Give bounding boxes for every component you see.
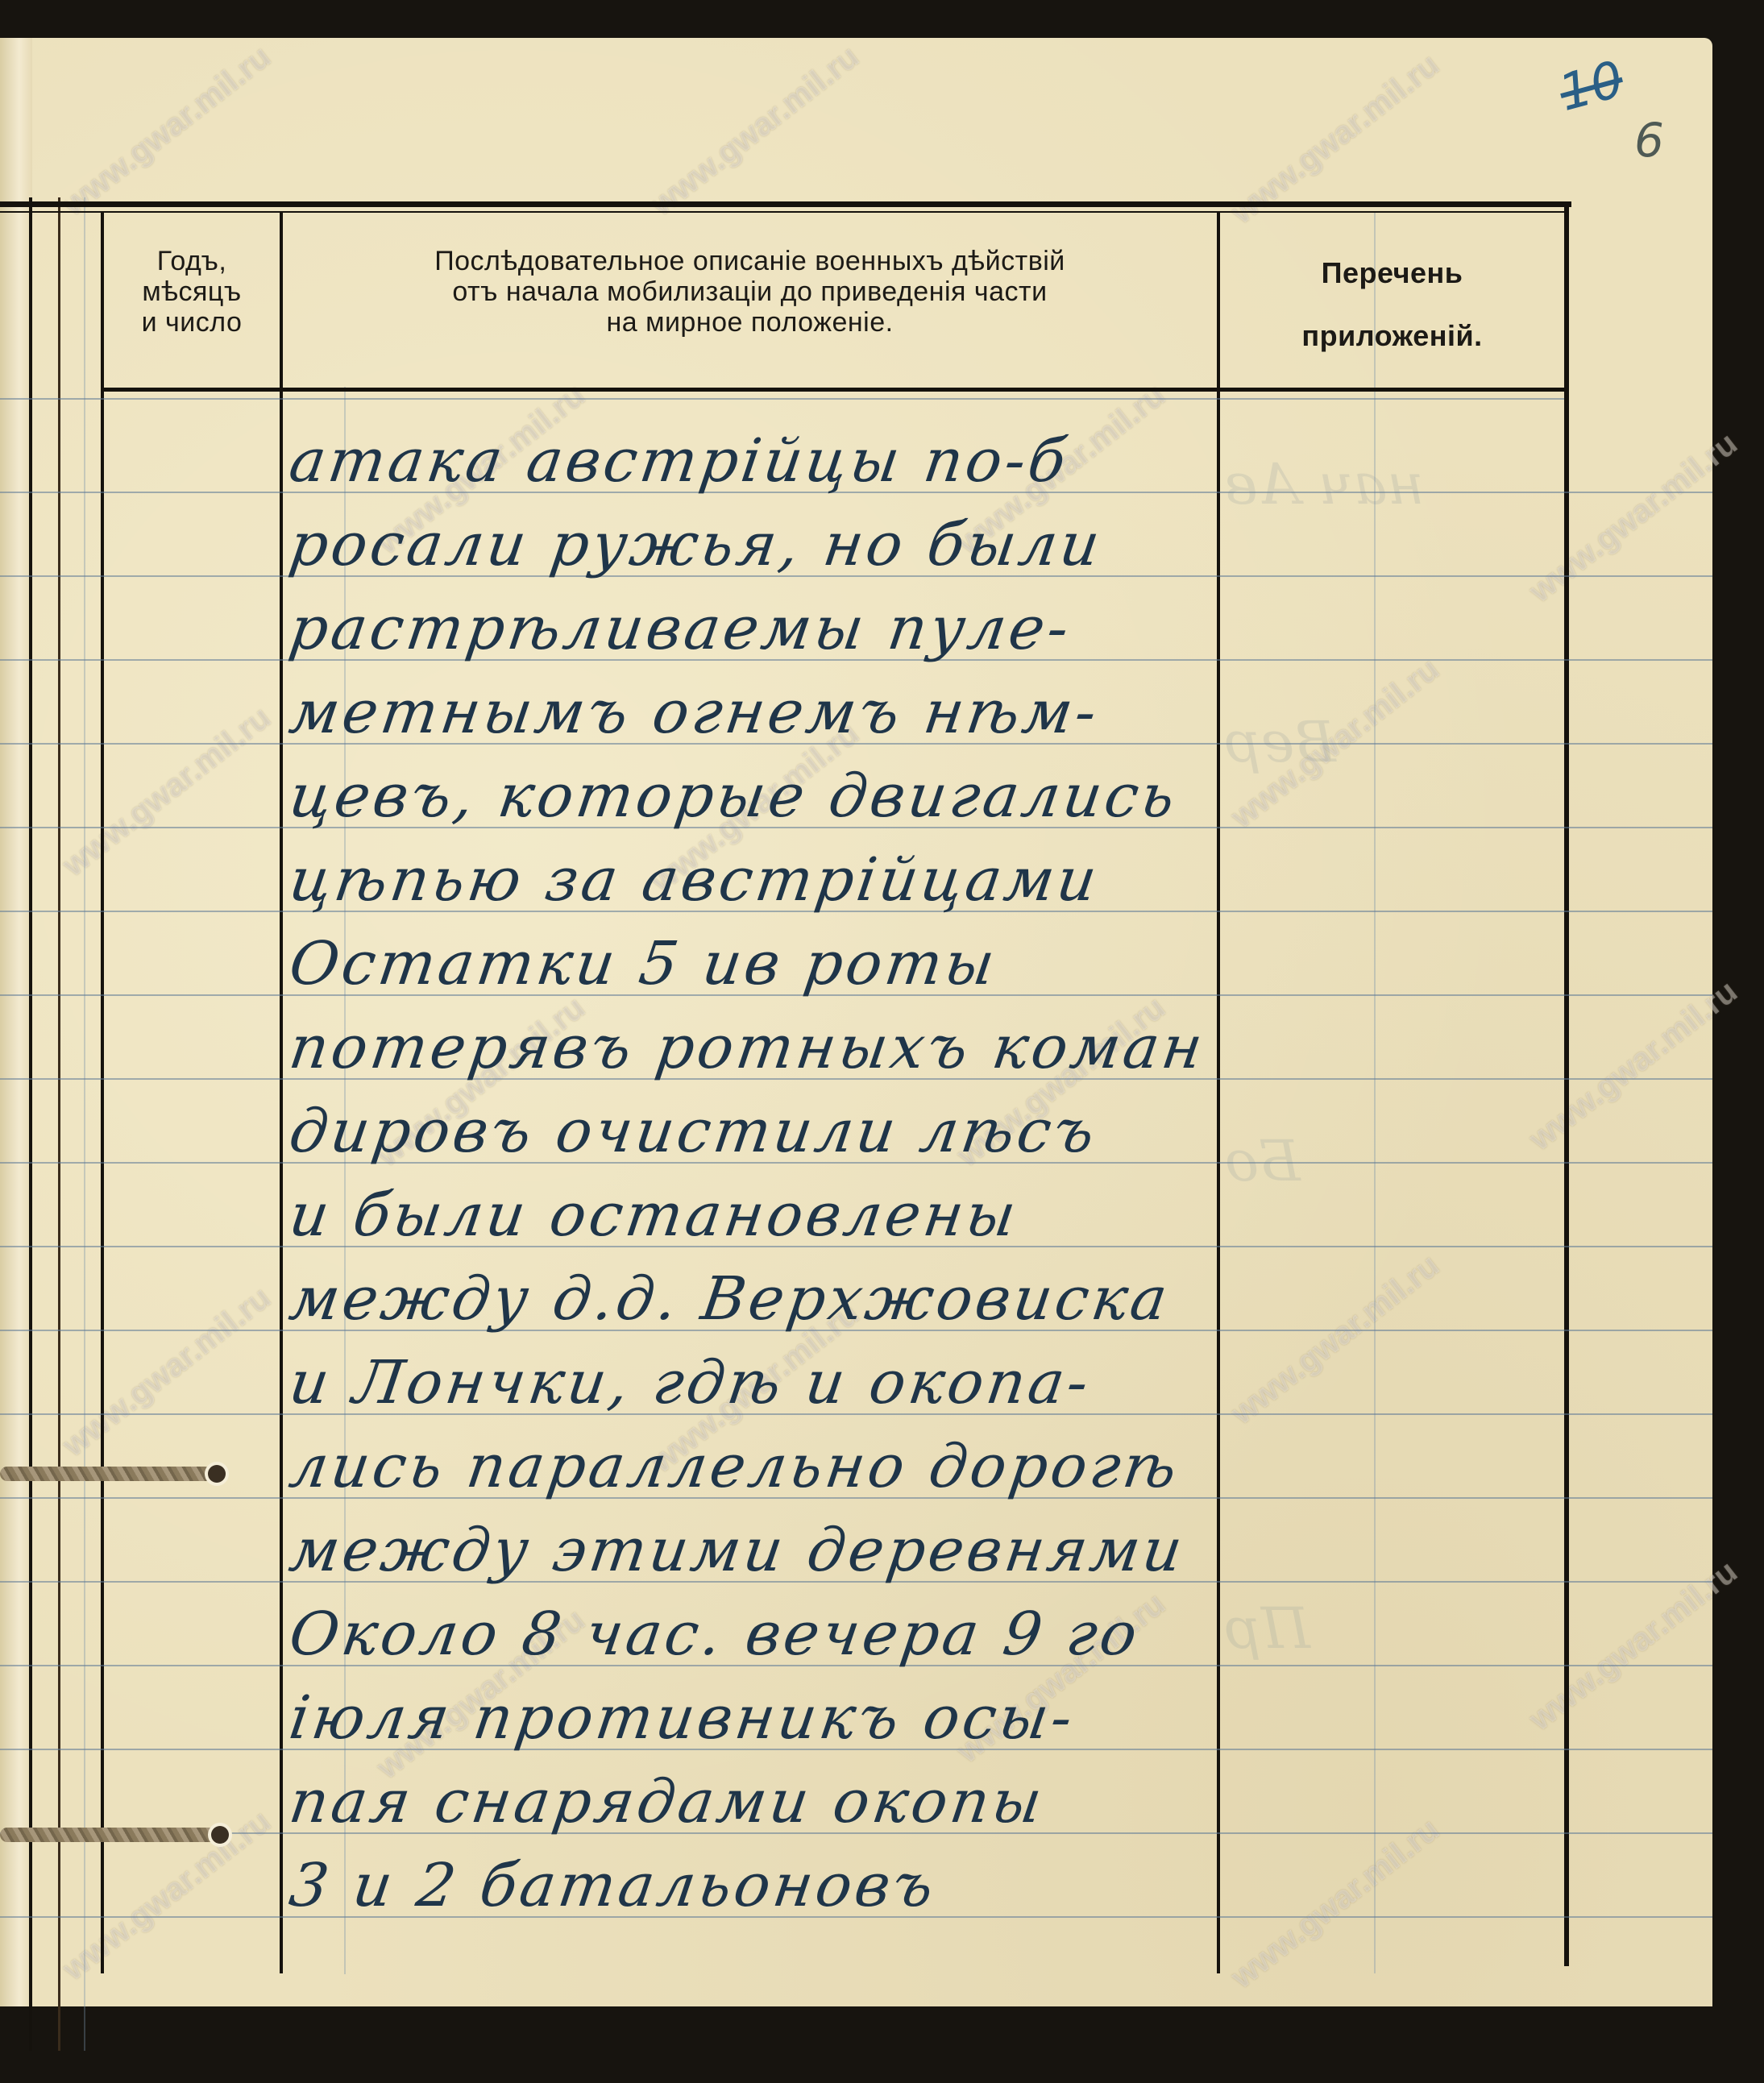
bleed-through-text: Бо xyxy=(1225,1128,1301,1194)
bleed-through-text: Вер xyxy=(1225,709,1336,775)
entry-line: іюля противникъ осы- xyxy=(286,1688,1079,1748)
header-description-column: Послѣдовательное описаніе военныхъ дѣйст… xyxy=(283,246,1217,338)
binding-hole xyxy=(208,1465,226,1483)
entry-line: росали ружья, но были xyxy=(286,515,1106,575)
attachments-column-divider xyxy=(1217,213,1220,1973)
binding-hole xyxy=(211,1826,229,1844)
entry-line: и были остановлены xyxy=(286,1185,1023,1245)
table-top-border-thin xyxy=(0,211,1567,213)
entry-line: между д.д. Верхжовиска xyxy=(286,1269,1174,1329)
entry-line: между этими деревнями xyxy=(286,1521,1189,1580)
table-right-border xyxy=(1564,201,1569,1966)
binding-string xyxy=(0,1467,218,1481)
binding-string xyxy=(0,1828,222,1842)
header-bottom-border xyxy=(104,388,1564,392)
bleed-through-text: нач Ав xyxy=(1225,451,1424,517)
entry-line: атака австрійцы по-б xyxy=(286,431,1073,491)
stitch-line xyxy=(58,197,60,2051)
table-left-border xyxy=(101,213,104,1973)
binding-gutter xyxy=(0,38,32,2006)
header-under-rule xyxy=(0,398,1564,400)
entry-line: растрѣливаемы пуле- xyxy=(286,599,1076,658)
entry-line: и Лончки, гдѣ и окопа- xyxy=(286,1353,1095,1413)
margin-line xyxy=(29,197,32,2051)
header-attachments-column: Перечень приложеній. xyxy=(1220,242,1564,367)
entry-line: дировъ очистили лѣсъ xyxy=(286,1102,1102,1161)
header-date-column: Годъ, мѣсяцъ и число xyxy=(104,246,280,338)
date-column-divider xyxy=(280,213,283,1973)
entry-line: Около 8 час. вечера 9 го xyxy=(286,1604,1144,1664)
entry-line: цевъ, которые двигались xyxy=(286,766,1181,826)
margin-rule xyxy=(84,197,85,2051)
bleed-through-text: Пр xyxy=(1225,1595,1310,1662)
enclosure-ruling xyxy=(1374,213,1376,1973)
entry-line: Остатки 5 ив роты xyxy=(286,934,1002,994)
entry-line: метнымъ огнемъ нѣм- xyxy=(286,683,1103,742)
entry-line: цѣпью за австрійцами xyxy=(286,850,1103,910)
table-top-border xyxy=(0,201,1571,207)
entry-line: потерявъ ротныхъ коман xyxy=(286,1018,1209,1077)
page-number: 6 xyxy=(1634,113,1664,168)
entry-line: лись параллельно дорогѣ xyxy=(286,1437,1184,1496)
entry-line: 3 и 2 батальоновъ xyxy=(286,1856,940,1915)
entry-line: пая снарядами окопы xyxy=(286,1772,1048,1832)
